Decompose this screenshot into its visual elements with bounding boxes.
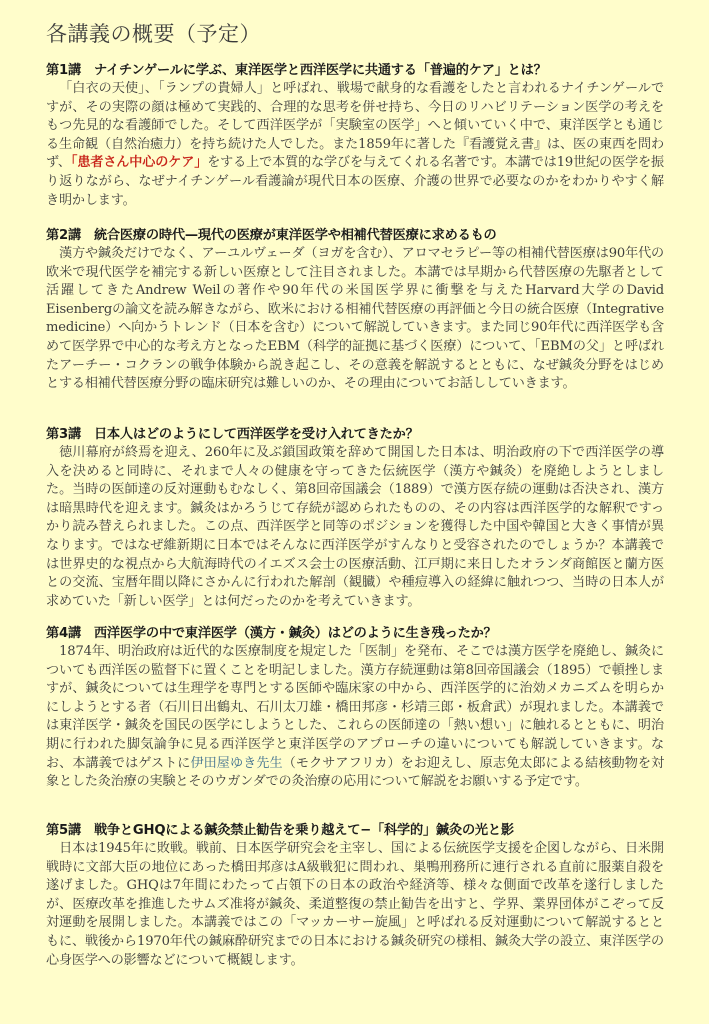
lecture-heading: 第3講 日本人はどのようにして西洋医学を受け入れてきたか？ bbox=[46, 426, 664, 444]
lecture-heading: 第5講 戦争とGHQによる鍼灸禁止勧告を乗り越えて−「科学的」鍼灸の光と影 bbox=[46, 822, 664, 840]
lecture-3: 第3講 日本人はどのようにして西洋医学を受け入れてきたか？ 徳川幕府が終焉を迎え… bbox=[46, 426, 664, 611]
lecture-5: 第5講 戦争とGHQによる鍼灸禁止勧告を乗り越えて−「科学的」鍼灸の光と影 日本… bbox=[46, 822, 664, 970]
lecture-heading: 第4講 西洋医学の中で東洋医学（漢方・鍼灸）はどのように生き残ったか？ bbox=[46, 625, 664, 643]
lecture-heading: 第2講 統合医療の時代—現代の医療が東洋医学や相補代替医療に求めるもの bbox=[46, 227, 664, 245]
highlighted-phrase: 「患者さん中心のケア」 bbox=[71, 155, 207, 170]
lecture-description: 漢方や鍼灸だけでなく、アーユルヴェーダ（ヨガを含む）、アロマセラピー等の相補代替… bbox=[46, 245, 664, 394]
lecture-1: 第1講 ナイチンゲールに学ぶ、東洋医学と西洋医学に共通する「普遍的ケア」とは？ … bbox=[46, 62, 664, 210]
page-title: 各講義の概要（予定） bbox=[46, 18, 261, 48]
lecture-heading: 第1講 ナイチンゲールに学ぶ、東洋医学と西洋医学に共通する「普遍的ケア」とは？ bbox=[46, 62, 664, 80]
guest-name: 伊田屋ゆき先生 bbox=[190, 756, 282, 771]
lecture-description: 徳川幕府が終焉を迎え、260年に及ぶ鎖国政策を辞めて開国した日本は、明治政府の下… bbox=[46, 444, 664, 611]
lecture-4: 第4講 西洋医学の中で東洋医学（漢方・鍼灸）はどのように生き残ったか？ 1874… bbox=[46, 625, 664, 792]
document-page: 各講義の概要（予定） 第1講 ナイチンゲールに学ぶ、東洋医学と西洋医学に共通する… bbox=[0, 0, 709, 1024]
lecture-description: 日本は1945年に敗戦。戦前、日本医学研究会を主宰し、国による伝統医学支援を企図… bbox=[46, 840, 664, 970]
lecture-description: 1874年、明治政府は近代的な医療制度を規定した「医制」を発布、そこでは漢方医学… bbox=[46, 643, 664, 792]
lecture-description: 「白衣の天使」、「ランプの貴婦人」と呼ばれ、戦場で献身的な看護をしたと言われるナ… bbox=[46, 80, 664, 210]
lecture-2: 第2講 統合医療の時代—現代の医療が東洋医学や相補代替医療に求めるもの 漢方や鍼… bbox=[46, 227, 664, 394]
lecture-text: 1874年、明治政府は近代的な医療制度を規定した「医制」を発布、そこでは漢方医学… bbox=[46, 644, 664, 771]
